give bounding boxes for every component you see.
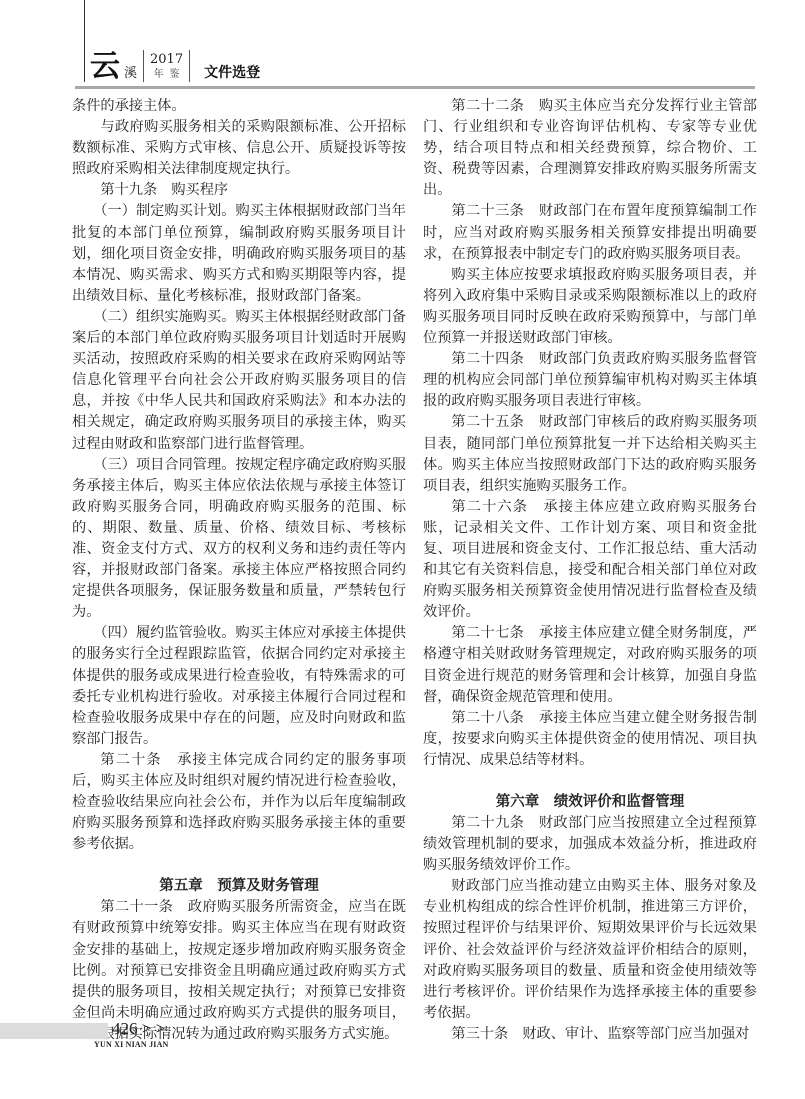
paragraph: （三）项目合同管理。按规定程序确定政府购买服务承接主体后，购买主体应依法依规与承… xyxy=(72,455,406,624)
chapter-heading: 第六章 绩效评价和监督管理 xyxy=(423,792,757,813)
footer-bar xyxy=(0,1023,108,1039)
article-heading: 第十九条 购买程序 xyxy=(72,180,406,201)
header-divider xyxy=(189,50,190,82)
paragraph: 第二十三条 财政部门在布置年度预算编制工作时，应当对政府购买服务相关预算安排提出… xyxy=(423,201,757,264)
logo-xi: 溪 xyxy=(124,66,137,82)
spacer xyxy=(72,855,406,876)
paragraph: 第二十六条 承接主体应建立政府购买服务台账，记录相关文件、工作计划方案、项目和资… xyxy=(423,497,757,624)
paragraph: 第二十四条 财政部门负责政府购买服务监督管理的机构应会同部门单位预算编审机构对购… xyxy=(423,349,757,412)
chapter-heading: 第五章 预算及财务管理 xyxy=(72,876,406,897)
running-header: 云 溪 2017 年鉴 文件选登 xyxy=(84,50,260,82)
paragraph: 第二十八条 承接主体应当建立健全财务报告制度，按要求向购买主体提供资金的使用情况… xyxy=(423,708,757,771)
paragraph: 条件的承接主体。 xyxy=(72,96,406,117)
paragraph: 购买主体应按要求填报政府购买服务项目表，并将列入政府集中采购目录或采购限额标准以… xyxy=(423,265,757,349)
paragraph: 第二十二条 购买主体应当充分发挥行业主管部门、行业组织和专业咨询评估机构、专家等… xyxy=(423,96,757,201)
paragraph: 第二十七条 承接主体应建立健全财务制度，严格遵守相关财政财务管理规定，对政府购买… xyxy=(423,623,757,707)
section-title: 文件选登 xyxy=(204,64,260,82)
year: 2017 xyxy=(150,52,183,68)
page-number: 426 > > xyxy=(112,1019,165,1039)
yearbook-label: 2017 年鉴 xyxy=(144,52,189,82)
header-rule xyxy=(75,86,755,89)
paragraph: 第二十九条 财政部门应当按照建立全过程预算绩效管理机制的要求，加强成本效益分析，… xyxy=(423,813,757,876)
left-column: 条件的承接主体。 与政府购买服务相关的采购限额标准、公开招标数额标准、采购方式审… xyxy=(72,96,406,1045)
paragraph: 第三十条 财政、审计、监察等部门应当加强对 xyxy=(423,1024,757,1045)
paragraph: 与政府购买服务相关的采购限额标准、公开招标数额标准、采购方式审核、信息公开、质疑… xyxy=(72,117,406,180)
paragraph: （二）组织实施购买。购买主体根据经财政部门备案后的本部门单位政府购买服务项目计划… xyxy=(72,307,406,455)
spacer xyxy=(423,771,757,792)
paragraph: 财政部门应当推动建立由购买主体、服务对象及专业机构组成的综合性评价机制，推进第三… xyxy=(423,876,757,1024)
nianjian-label: 年鉴 xyxy=(154,68,186,82)
logo-yun: 云 xyxy=(90,52,120,82)
paragraph: （四）履约监管验收。购买主体应对承接主体提供的服务实行全过程跟踪监管，依据合同约… xyxy=(72,623,406,750)
footer-subtitle: YUN XI NIAN JIAN xyxy=(94,1040,169,1049)
paragraph: 第二十条 承接主体完成合同约定的服务事项后，购买主体应及时组织对履约情况进行检查… xyxy=(72,750,406,855)
right-column: 第二十二条 购买主体应当充分发挥行业主管部门、行业组织和专业咨询评估机构、专家等… xyxy=(423,96,757,1045)
paragraph: 第二十五条 财政部门审核后的政府购买服务项目表，随同部门单位预算批复一并下达给相… xyxy=(423,412,757,496)
paragraph: （一）制定购买计划。购买主体根据财政部门当年批复的本部门单位预算，编制政府购买服… xyxy=(72,201,406,306)
